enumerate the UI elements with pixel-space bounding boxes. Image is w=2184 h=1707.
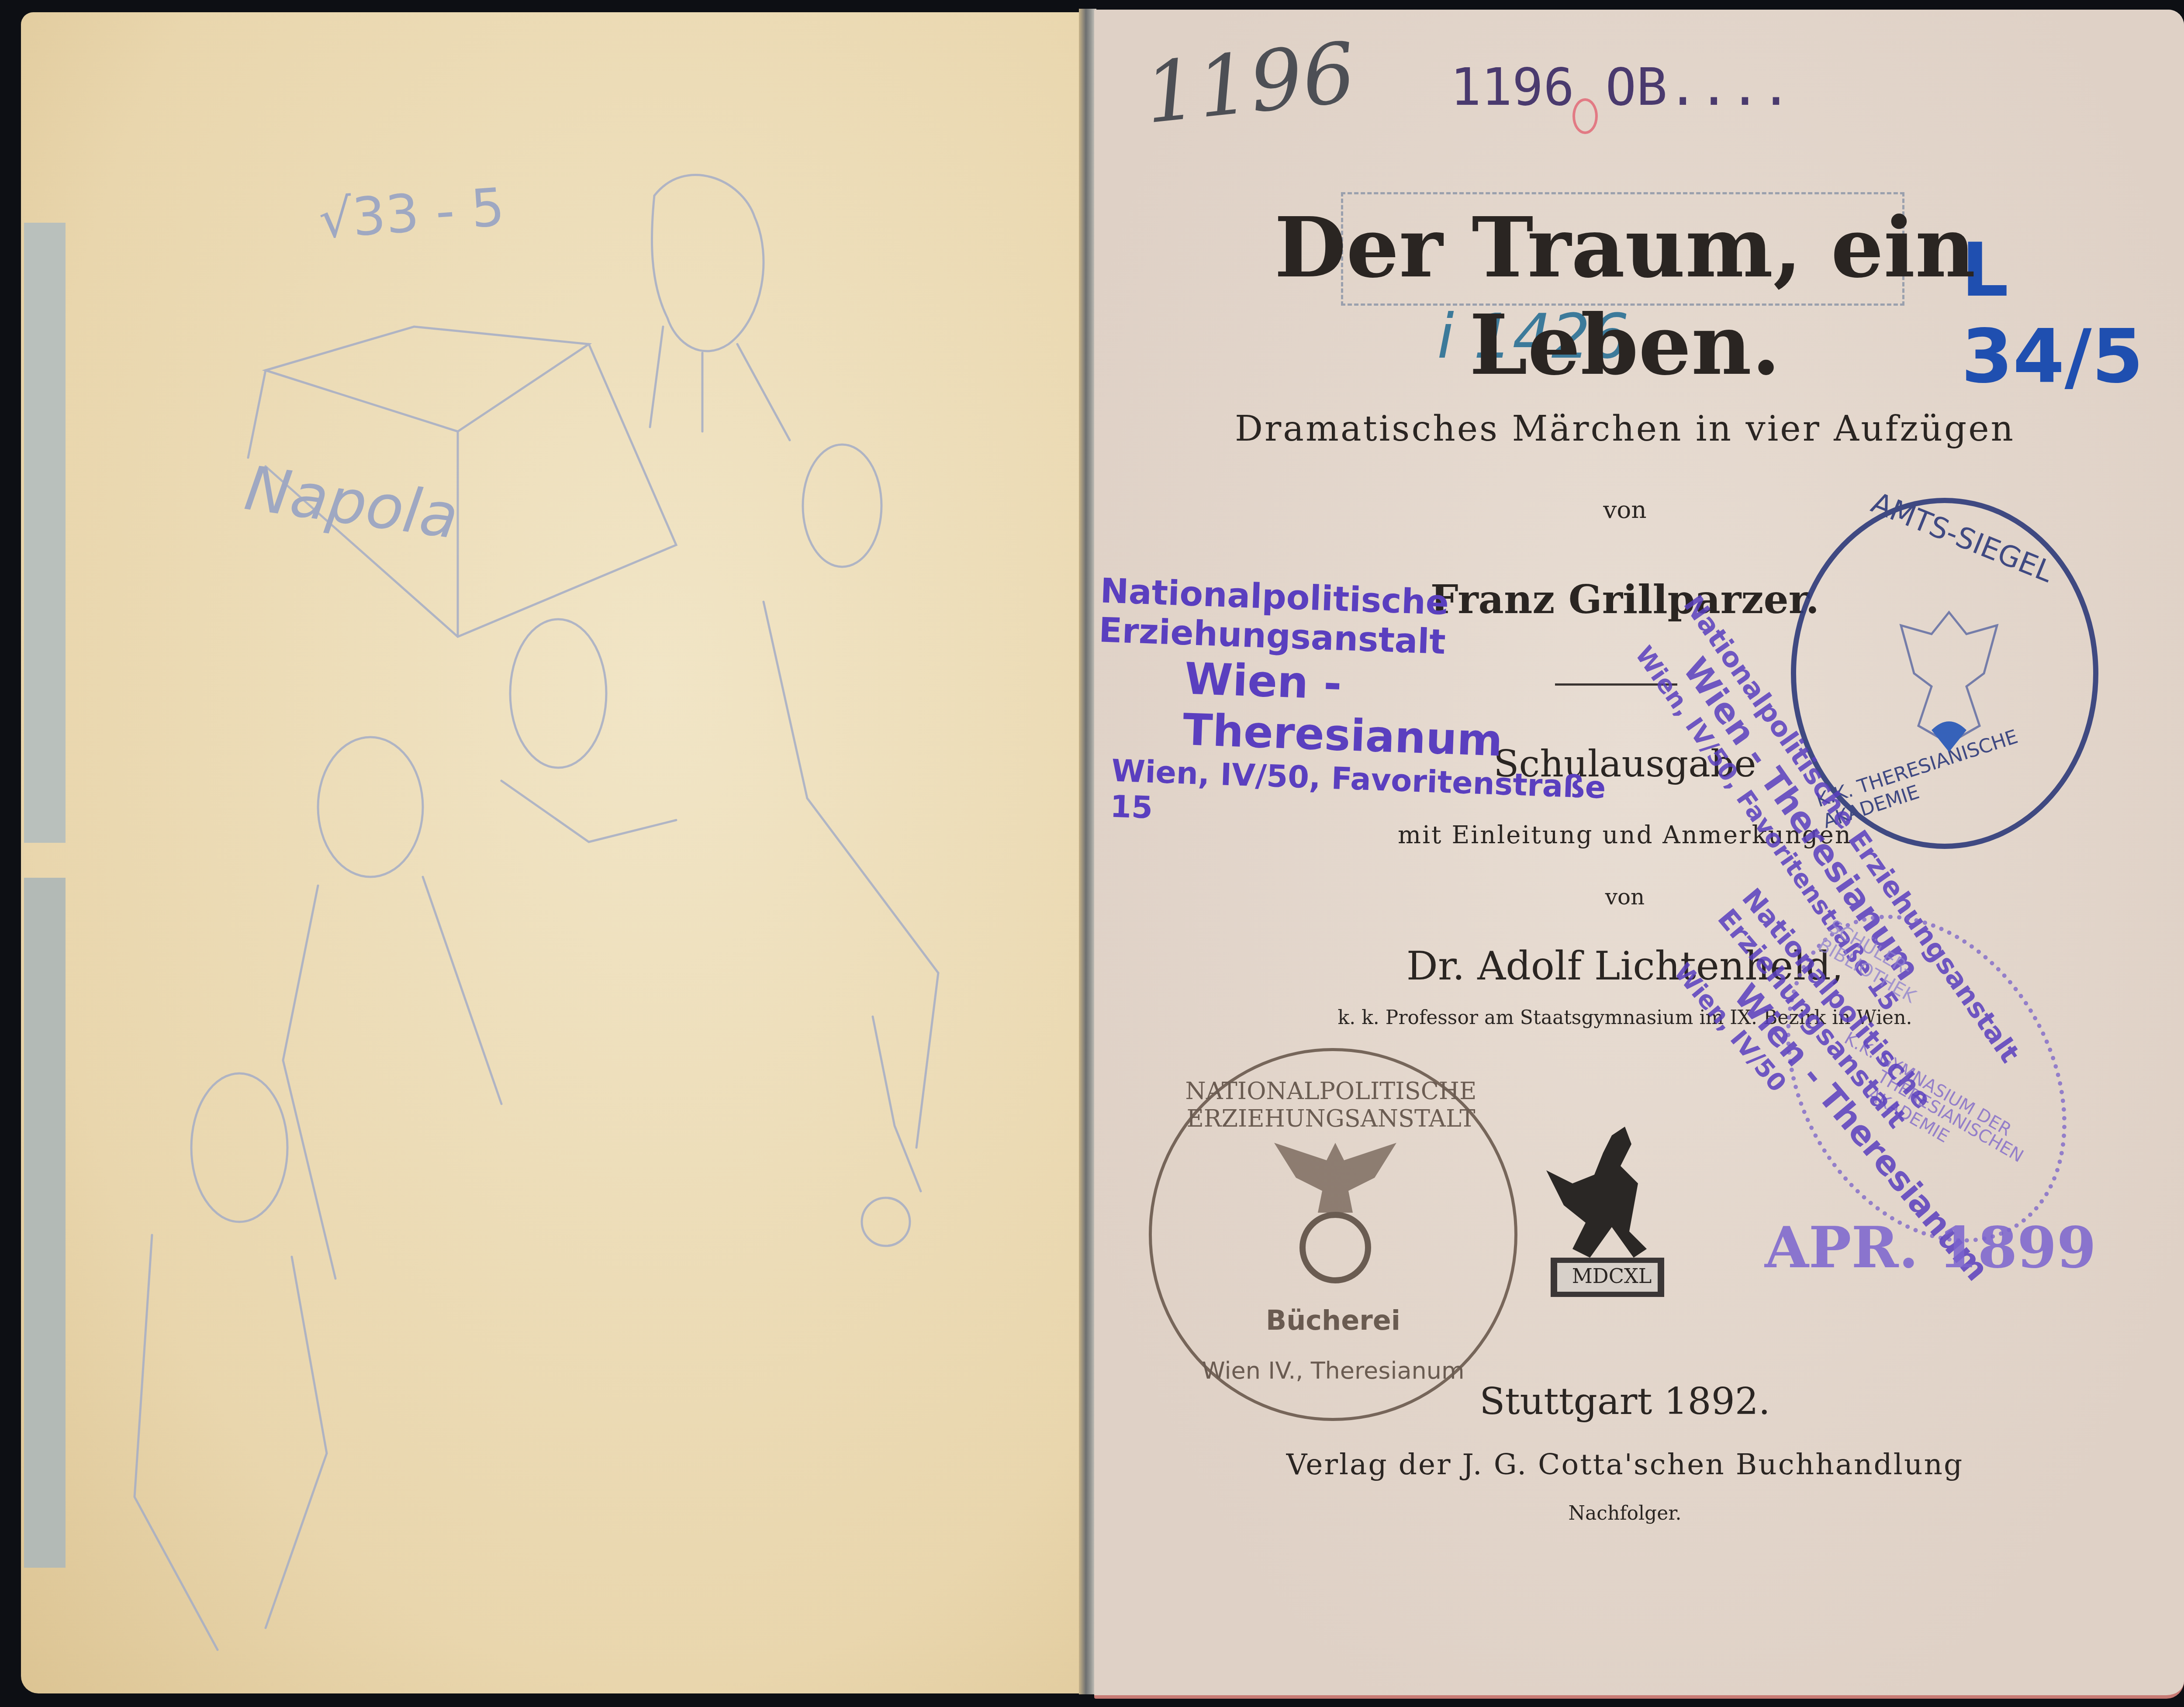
library-seal-ring-text: NATIONALPOLITISCHE ERZIEHUNGSANSTALT bbox=[1178, 1077, 1484, 1132]
pencil-formula: √33 - 5 bbox=[317, 177, 507, 250]
double-eagle-icon bbox=[1892, 599, 2006, 756]
book-title: Der Traum, ein Leben. bbox=[1136, 199, 2114, 393]
pencil-sketches bbox=[21, 12, 1083, 1693]
library-seal-center: Bücherei bbox=[1152, 1304, 1514, 1336]
stamp-line: Wien - Theresianum bbox=[1095, 650, 1644, 771]
by-label-2: von bbox=[1136, 884, 2114, 910]
napola-library-seal: NATIONALPOLITISCHE ERZIEHUNGSANSTALT Büc… bbox=[1149, 1048, 1517, 1421]
red-circle-mark bbox=[1572, 98, 1598, 134]
typed-shelfmark-suffix: ... bbox=[1698, 57, 1791, 117]
library-seal-bottom: Wien IV., Theresianum bbox=[1152, 1357, 1514, 1384]
typed-shelfmark: 1196 OB.... bbox=[1450, 57, 1791, 117]
book-spine bbox=[1079, 9, 1096, 1694]
eagle-emblem-icon bbox=[1265, 1125, 1405, 1291]
imprint-publisher: Verlag der J. G. Cotta'schen Buchhandlun… bbox=[1136, 1448, 2114, 1481]
imprint-successor: Nachfolger. bbox=[1136, 1502, 2114, 1524]
book-subtitle: Dramatisches Märchen in vier Aufzügen bbox=[1136, 408, 2114, 449]
printer-mark-text: MDCXL bbox=[1557, 1264, 1666, 1288]
date-stamp: APR. 1899 bbox=[1765, 1214, 2096, 1281]
napola-rect-stamp: Nationalpolitische Erziehungsanstalt Wie… bbox=[1092, 571, 1646, 842]
